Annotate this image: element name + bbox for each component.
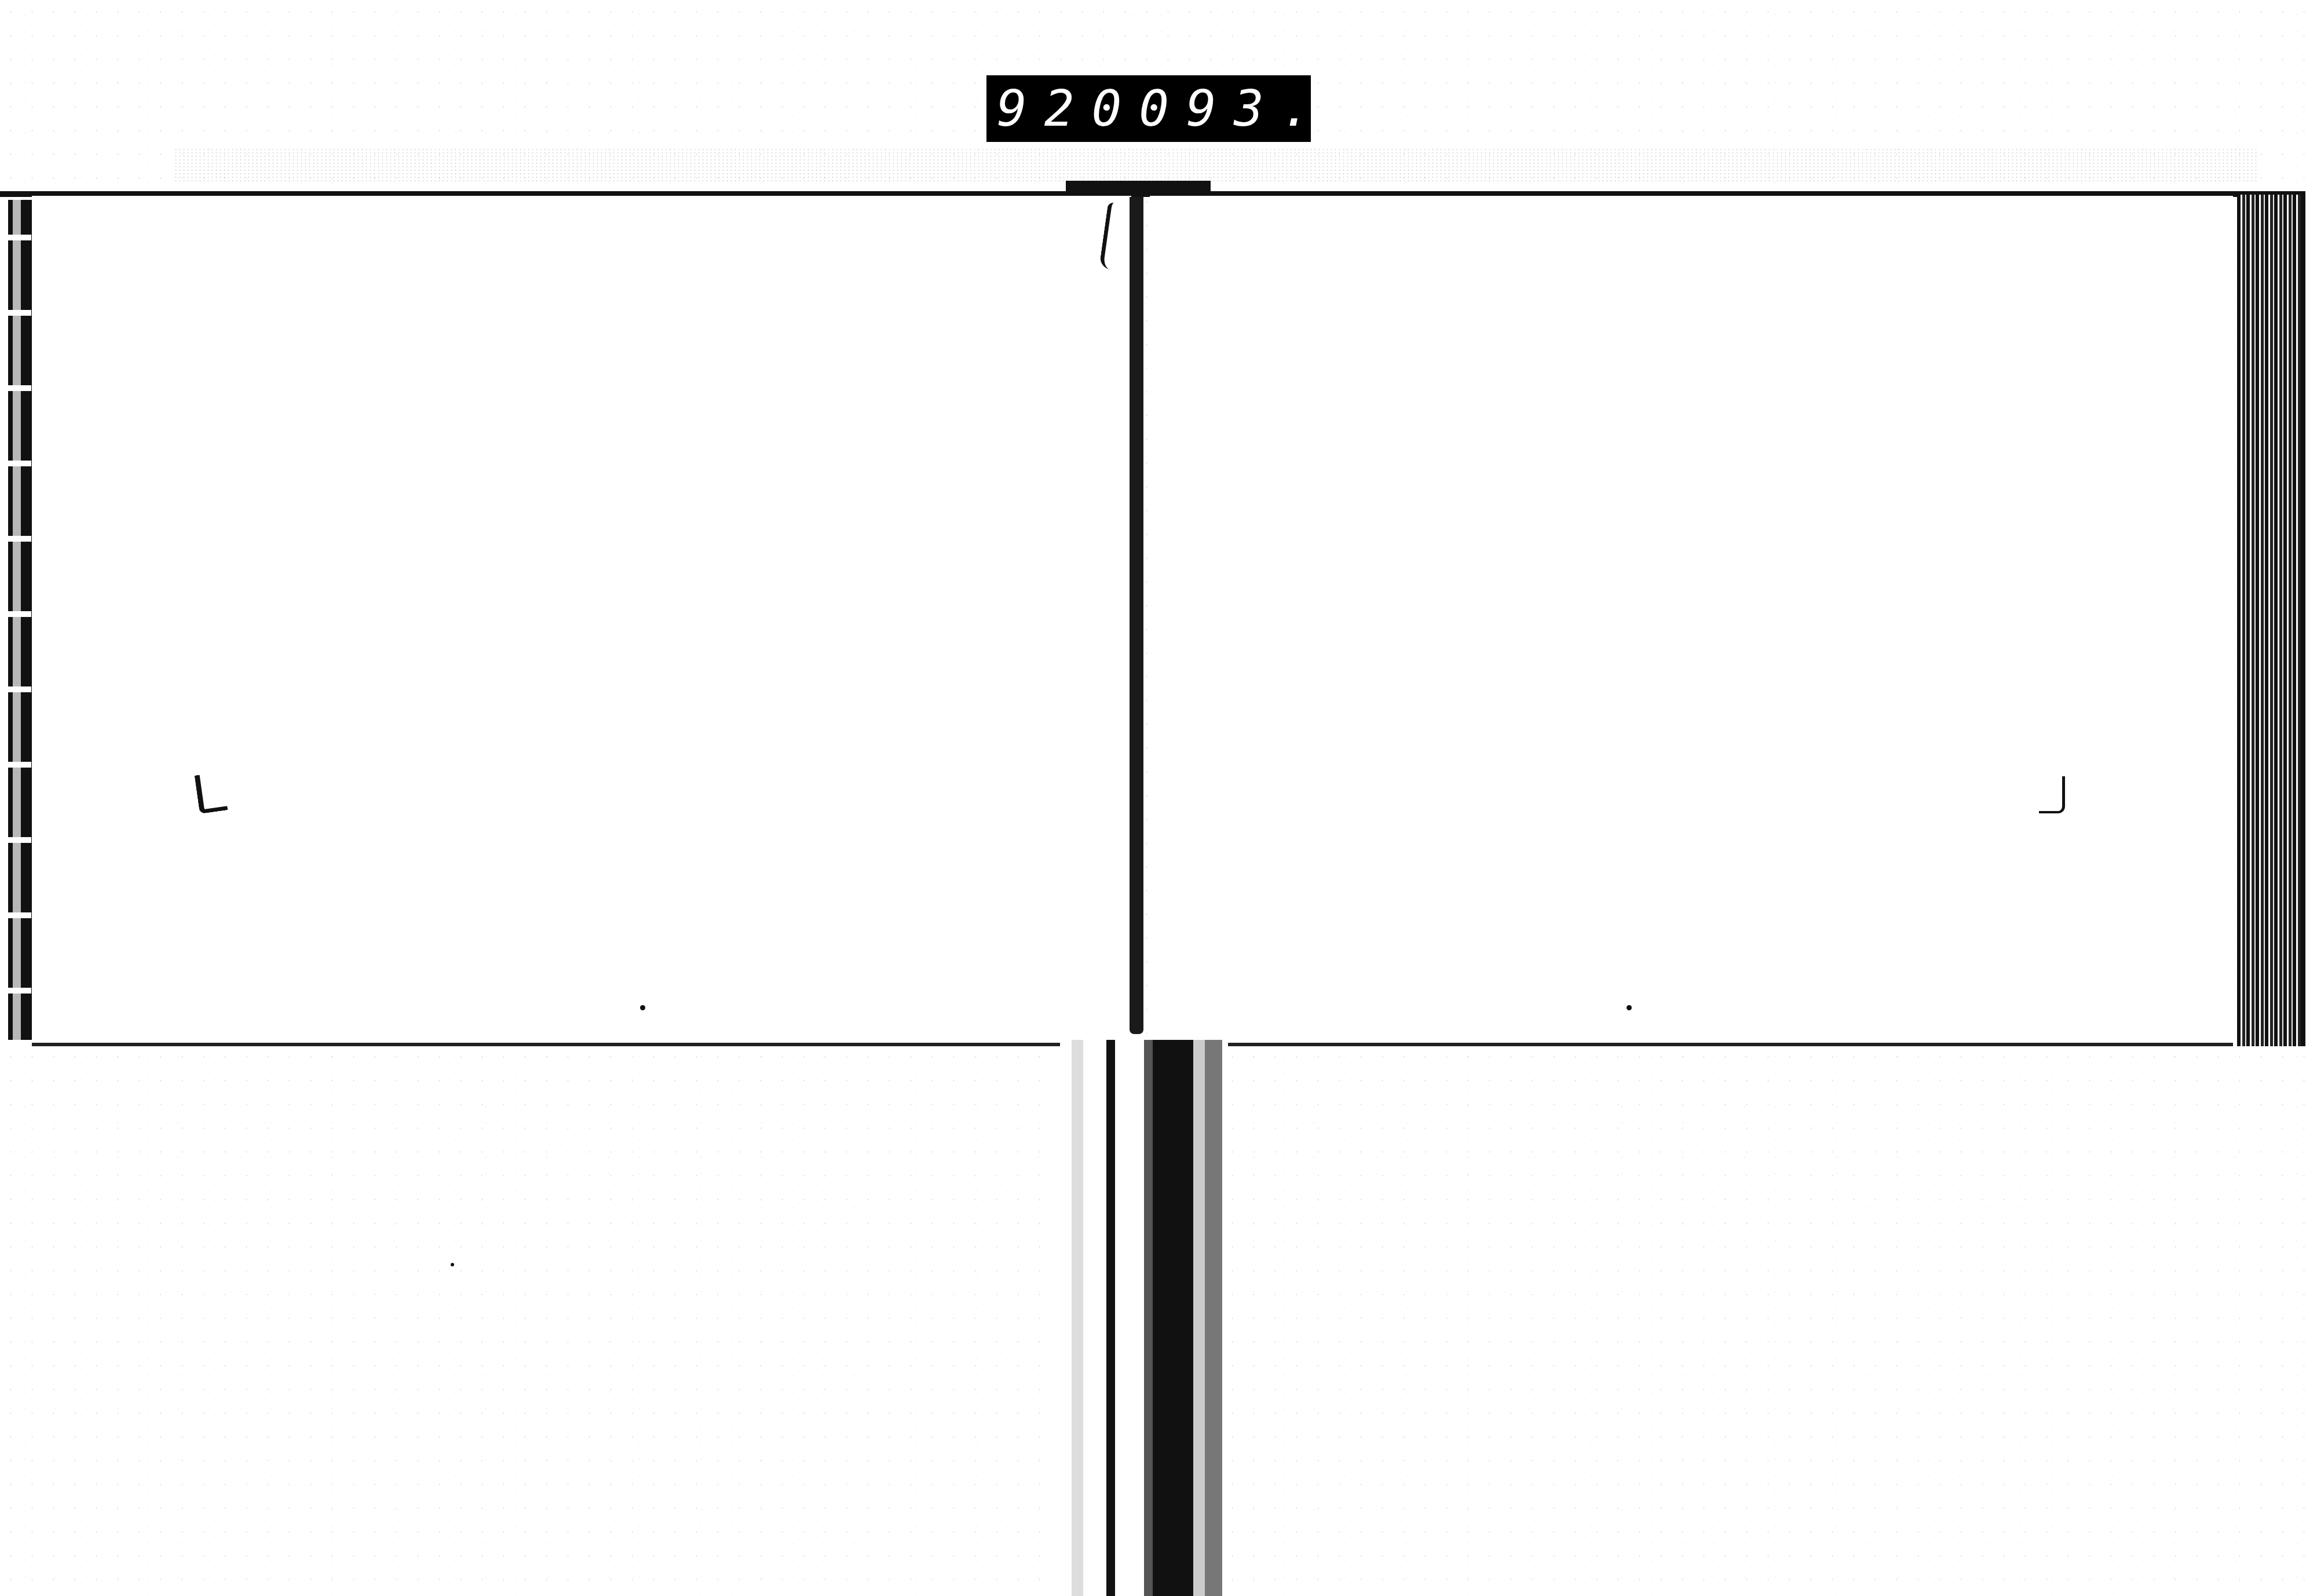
page-dot [640,1005,645,1010]
frame-number-left: 920 [997,80,1139,138]
right-page [1150,196,2233,1046]
page-dot [1627,1005,1632,1010]
book-gutter [1130,197,1143,1034]
spine-headband [1066,181,1211,195]
scan-haze [174,148,2259,182]
frame-number-right: 093. [1139,80,1328,138]
left-page [32,196,1131,1046]
scan-dot [451,1263,454,1266]
book-support-stand [1060,1040,1228,1596]
right-page-stack-edge [2237,195,2305,1046]
right-margin-mark [2039,776,2065,813]
left-cover-edge [8,200,35,1040]
frame-counter-label: 920 093. [986,75,1311,142]
left-margin-mark [195,772,228,814]
